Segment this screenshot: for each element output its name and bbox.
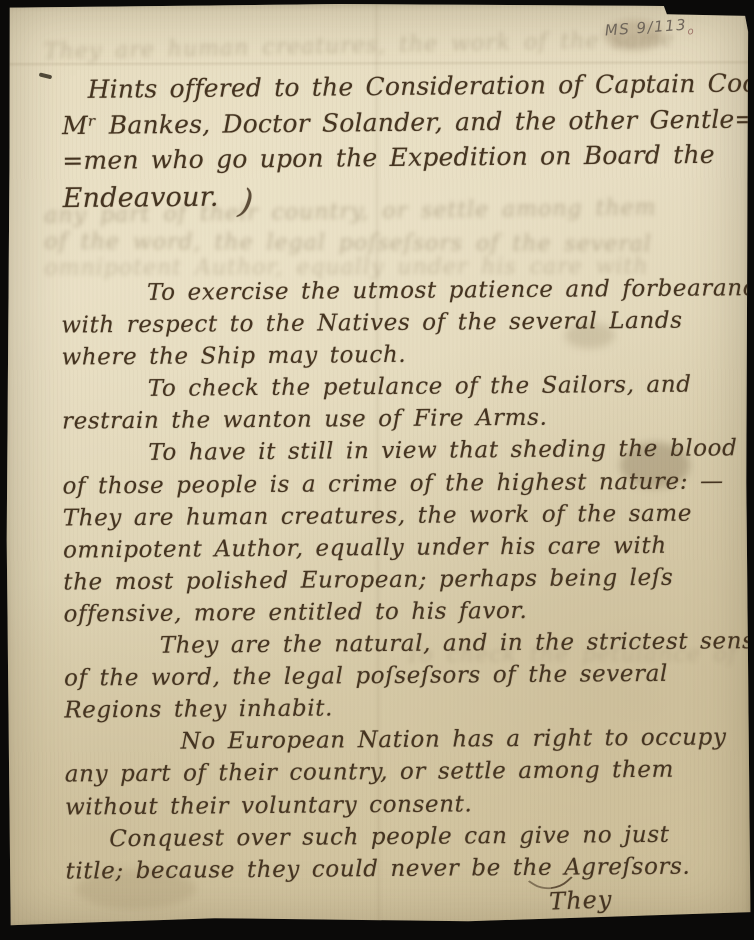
manuscript-line: any part of their country, or settle amo…: [65, 754, 725, 791]
bleed-through-text: of the word, the legal poſseſsors of the…: [44, 229, 724, 257]
manuscript-line: To have it still in view that sheding th…: [62, 433, 722, 470]
catchword-text: They: [549, 885, 613, 915]
archive-reference-mark: o: [687, 26, 694, 37]
manuscript-line: Conquest over such people can give no ju…: [65, 818, 725, 855]
manuscript-line: of the word, the legal poſseſsors of the…: [64, 657, 724, 694]
manuscript-line: To check the petulance of the Sailors, a…: [62, 369, 722, 406]
manuscript-line: of those people is a crime of the highes…: [62, 465, 722, 502]
flourish-mark: ): [236, 184, 255, 221]
manuscript-line: with respect to the Natives of the sever…: [61, 304, 721, 341]
manuscript-line: title; because they could never be the A…: [65, 850, 725, 887]
manuscript-line: Regions they inhabit.: [64, 690, 724, 727]
archive-reference-number: MS 9/113: [604, 16, 688, 40]
manuscript-line: To exercise the utmost patience and forb…: [61, 272, 721, 309]
manuscript-line: offensive, more entitled to his favor.: [63, 593, 723, 630]
title-word-endeavour: Endeavour.: [63, 181, 219, 213]
manuscript-line: restrain the wanton use of Fire Arms.: [62, 401, 722, 438]
manuscript-page: They are human creatures, the work of th…: [4, 2, 751, 928]
manuscript-line: No European Nation has a right to occupy: [64, 722, 724, 759]
manuscript-line: the most polished European; perhaps bein…: [63, 561, 723, 598]
manuscript-line: They are the natural, and in the stricte…: [64, 625, 724, 662]
catchword: They: [549, 885, 613, 915]
manuscript-body: To exercise the utmost patience and forb…: [61, 272, 726, 887]
manuscript-line: They are human creatures, the work of th…: [63, 497, 723, 534]
archive-reference: MS 9/113o: [604, 15, 694, 43]
title-line: Endeavour.): [62, 172, 722, 216]
ink-mark: [39, 72, 53, 79]
document-title: Hints offered to the Consideration of Ca…: [61, 66, 722, 216]
manuscript-line: omnipotent Author, equally under his car…: [63, 529, 723, 566]
manuscript-line: where the Ship may touch.: [61, 337, 721, 374]
scan-background: { "page": { "archive_reference": "MS 9/1…: [0, 0, 754, 940]
title-line: =men who go upon the Expedition on Board…: [62, 137, 722, 179]
manuscript-line: without their voluntary consent.: [65, 786, 725, 823]
title-line: Hints offered to the Consideration of Ca…: [61, 66, 721, 108]
